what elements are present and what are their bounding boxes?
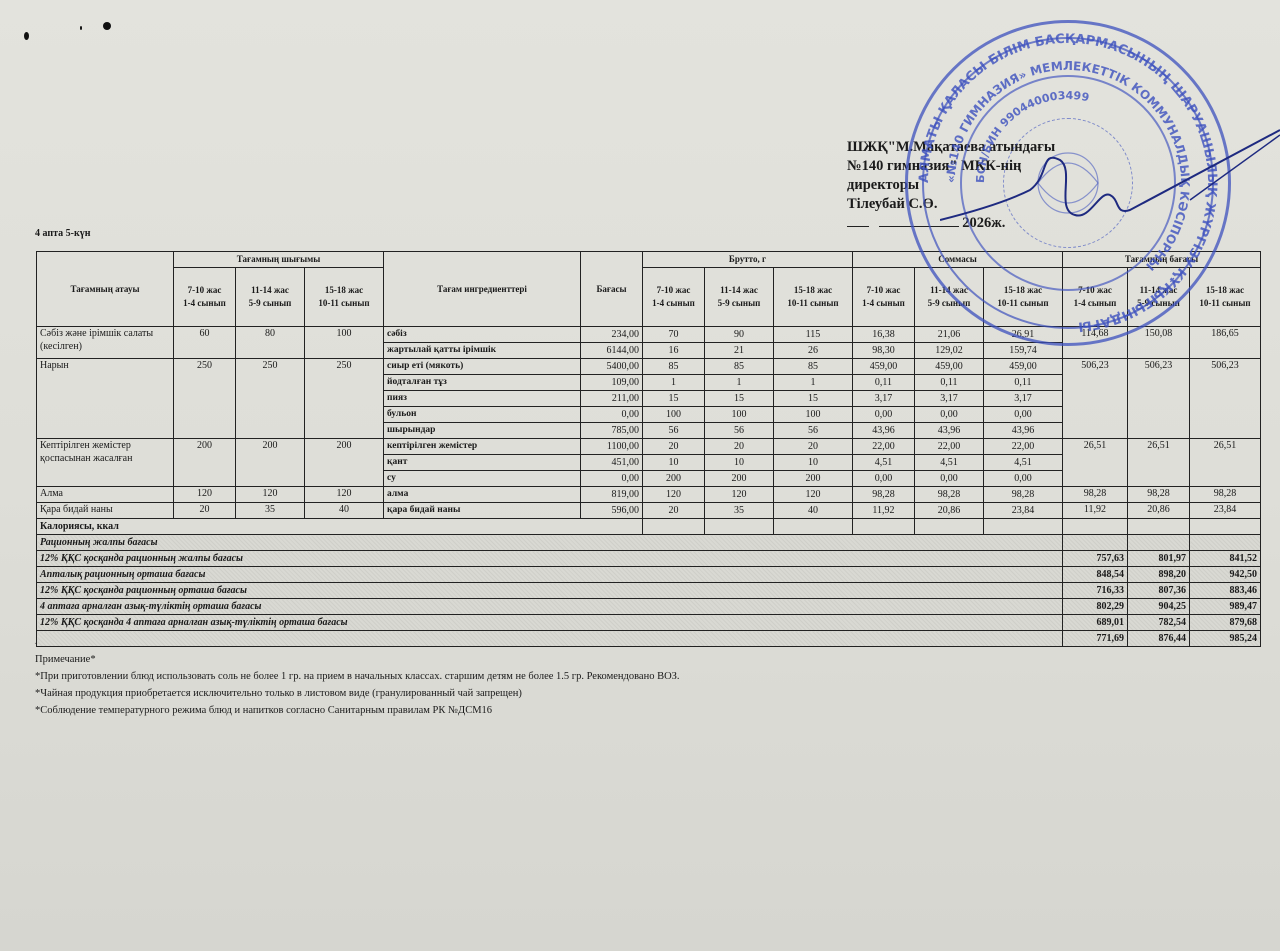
ingredient-brutto: 1 [774,375,853,391]
ingredient-brutto: 115 [774,327,853,343]
ingredient-brutto: 40 [774,503,853,519]
ingredient-name: сәбіз [384,327,581,343]
approval-line-3: директоры [847,176,1055,195]
summary-value: 904,25 [1128,599,1190,615]
ingredient-brutto: 56 [774,423,853,439]
summary-label: Апталық рационның орташа бағасы [37,567,1063,583]
ingredient-sum: 43,96 [853,423,915,439]
ingredient-sum: 3,17 [853,391,915,407]
dish-price: 26,51 [1190,439,1261,487]
ingredient-price: 596,00 [581,503,643,519]
ink-dot [80,26,82,30]
approval-date: 2026ж. [962,215,1005,231]
dish-yield: 120 [305,487,384,503]
calories-value [1128,519,1190,535]
ingredient-brutto: 85 [774,359,853,375]
summary-value: 716,33 [1063,583,1128,599]
table-row: Қара бидай наны203540қара бидай наны596,… [37,503,1261,519]
ingredient-brutto: 90 [705,327,774,343]
summary-label: 4 аптаға арналған азық-түліктің орташа б… [37,599,1063,615]
summary-label: 12% ҚҚС қосқанда 4 аптаға арналған азық-… [37,615,1063,631]
ingredient-brutto: 26 [774,343,853,359]
dish-name: Сәбіз және ірімшік салаты (кесілген) [37,327,174,359]
ingredient-brutto: 1 [643,375,705,391]
age-group-header: 7-10 жас1-4 сынып [853,268,915,327]
ingredient-brutto: 20 [643,503,705,519]
summary-value: 985,24 [1190,631,1261,647]
day-label: 4 апта 5-күн [35,228,91,239]
age-group-header: 7-10 жас1-4 сынып [643,268,705,327]
summary-value: 801,97 [1128,551,1190,567]
col-price: Бағасы [581,252,643,327]
calories-label: Калориясы, ккал [37,519,643,535]
ingredient-sum: 22,00 [984,439,1063,455]
ingredient-brutto: 10 [774,455,853,471]
summary-value: 841,52 [1190,551,1261,567]
approval-line-1: ШЖҚ"М.Мақатаева атындағы [847,138,1055,157]
dish-name: Алма [37,487,174,503]
dish-yield: 100 [305,327,384,359]
ingredient-sum: 4,51 [984,455,1063,471]
ingredient-name: қара бидай наны [384,503,581,519]
ingredient-brutto: 1 [705,375,774,391]
ingredient-brutto: 200 [705,471,774,487]
ingredient-sum: 0,00 [915,407,984,423]
age-group-header: 15-18 жас10-11 сынып [984,268,1063,327]
dish-yield: 250 [305,359,384,439]
ingredient-brutto: 16 [643,343,705,359]
dish-price: 23,84 [1190,503,1261,519]
summary-value [1190,535,1261,551]
summary-value: 782,54 [1128,615,1190,631]
ingredient-sum: 98,28 [984,487,1063,503]
summary-value: 879,68 [1190,615,1261,631]
ingredient-sum: 0,11 [915,375,984,391]
dish-yield: 120 [236,487,305,503]
ingredient-sum: 23,84 [984,503,1063,519]
dish-price: 98,28 [1190,487,1261,503]
dish-yield: 250 [236,359,305,439]
ingredient-brutto: 56 [705,423,774,439]
age-group-header: 7-10 жас1-4 сынып [174,268,236,327]
dish-yield: 80 [236,327,305,359]
ingredient-sum: 159,74 [984,343,1063,359]
age-group-header: 7-10 жас1-4 сынып [1063,268,1128,327]
approval-block: ШЖҚ"М.Мақатаева атындағы №140 гимназия" … [847,138,1055,233]
summary-value [1063,535,1128,551]
dish-price: 186,65 [1190,327,1261,359]
dish-price: 26,51 [1128,439,1190,487]
summary-row: 12% ҚҚС қосқанда 4 аптаға арналған азық-… [37,615,1261,631]
ingredient-brutto: 15 [705,391,774,407]
menu-table: Тағамның атауы Тағамның шығымы Тағам инг… [36,251,1261,647]
ingredient-price: 785,00 [581,423,643,439]
document-page: ШЖҚ"М.Мақатаева атындағы №140 гимназия" … [0,0,1280,951]
ingredient-sum: 459,00 [853,359,915,375]
ingredient-sum: 0,00 [984,471,1063,487]
note-item: *При приготовлении блюд использовать сол… [35,668,895,685]
ingredient-sum: 11,92 [853,503,915,519]
dish-yield: 120 [174,487,236,503]
col-sum: Соммасы [853,252,1063,268]
ingredient-brutto: 20 [774,439,853,455]
ingredient-price: 211,00 [581,391,643,407]
dish-price: 98,28 [1128,487,1190,503]
ingredient-sum: 0,00 [853,407,915,423]
age-group-header: 11-14 жас5-9 сынып [705,268,774,327]
dish-name: Кептірілген жемістер қоспасынан жасалған [37,439,174,487]
ingredient-price: 451,00 [581,455,643,471]
summary-value: 689,01 [1063,615,1128,631]
table-row: Кептірілген жемістер қоспасынан жасалған… [37,439,1261,455]
summary-row: Апталық рационның орташа бағасы848,54898… [37,567,1261,583]
summary-value: 807,36 [1128,583,1190,599]
ingredient-sum: 0,00 [984,407,1063,423]
dish-price: 506,23 [1063,359,1128,439]
ingredient-sum: 3,17 [984,391,1063,407]
table-row: Сәбіз және ірімшік салаты (кесілген)6080… [37,327,1261,343]
summary-value: 848,54 [1063,567,1128,583]
summary-value: 771,69 [1063,631,1128,647]
col-dish-name: Тағамның атауы [37,252,174,327]
dish-price: 98,28 [1063,487,1128,503]
ingredient-price: 234,00 [581,327,643,343]
summary-label [37,631,1063,647]
dish-price: 506,23 [1190,359,1261,439]
summary-row: 771,69876,44985,24 [37,631,1261,647]
ingredient-sum: 98,28 [853,487,915,503]
ingredient-brutto: 35 [705,503,774,519]
table-row: Алма120120120алма819,0012012012098,2898,… [37,487,1261,503]
ingredient-price: 109,00 [581,375,643,391]
col-yield: Тағамның шығымы [174,252,384,268]
summary-value: 989,47 [1190,599,1261,615]
calories-row: Калориясы, ккал [37,519,1261,535]
ingredient-name: қант [384,455,581,471]
dish-name: Нарын [37,359,174,439]
calories-value [774,519,853,535]
summary-row: 4 аптаға арналған азық-түліктің орташа б… [37,599,1261,615]
dish-price: 20,86 [1128,503,1190,519]
dish-price: 150,08 [1128,327,1190,359]
summary-value: 942,50 [1190,567,1261,583]
dish-name: Қара бидай наны [37,503,174,519]
dish-yield: 250 [174,359,236,439]
calories-value [1063,519,1128,535]
ingredient-brutto: 100 [774,407,853,423]
dish-price: 26,51 [1063,439,1128,487]
calories-value [643,519,705,535]
summary-row: 12% ҚҚС қосқанда рационның орташа бағасы… [37,583,1261,599]
summary-label: Рационның жалпы бағасы [37,535,1063,551]
ingredient-brutto: 10 [705,455,774,471]
ingredient-price: 0,00 [581,407,643,423]
summary-value: 883,46 [1190,583,1261,599]
ingredient-sum: 98,28 [915,487,984,503]
ingredient-name: кептірілген жемістер [384,439,581,455]
dish-price: 11,92 [1063,503,1128,519]
ingredient-brutto: 120 [643,487,705,503]
summary-value: 802,29 [1063,599,1128,615]
ingredient-sum: 3,17 [915,391,984,407]
ingredient-sum: 0,11 [853,375,915,391]
ingredient-sum: 4,51 [915,455,984,471]
ingredient-sum: 0,11 [984,375,1063,391]
age-group-header: 15-18 жас10-11 сынып [305,268,384,327]
ingredient-sum: 20,86 [915,503,984,519]
note-item: *Чайная продукция приобретается исключит… [35,685,895,702]
ingredient-name: шырындар [384,423,581,439]
ingredient-sum: 26,91 [984,327,1063,343]
ingredient-sum: 22,00 [915,439,984,455]
table-row: Нарын250250250сиыр еті (мякоть)5400,0085… [37,359,1261,375]
ingredient-brutto: 20 [643,439,705,455]
age-group-header: 15-18 жас10-11 сынып [1190,268,1261,327]
ink-dot [24,32,29,40]
ingredient-price: 5400,00 [581,359,643,375]
ink-dot [103,22,111,30]
ingredient-name: алма [384,487,581,503]
summary-label: 12% ҚҚС қосқанда рационның жалпы бағасы [37,551,1063,567]
ingredient-name: су [384,471,581,487]
summary-value: 757,63 [1063,551,1128,567]
calories-value [984,519,1063,535]
summary-label: 12% ҚҚС қосқанда рационның орташа бағасы [37,583,1063,599]
calories-value [1190,519,1261,535]
dish-yield: 200 [305,439,384,487]
note-item: *Соблюдение температурного режима блюд и… [35,702,895,719]
summary-value: 898,20 [1128,567,1190,583]
ingredient-name: пияз [384,391,581,407]
ingredient-name: йодталған тұз [384,375,581,391]
dish-yield: 20 [174,503,236,519]
dish-price: 114,68 [1063,327,1128,359]
ingredient-brutto: 120 [705,487,774,503]
approval-signer: Тілеубай С.Ө. [847,195,1055,214]
ingredient-sum: 0,00 [853,471,915,487]
dish-yield: 200 [236,439,305,487]
ingredient-brutto: 56 [643,423,705,439]
ingredient-name: жартылай қатты ірімшік [384,343,581,359]
calories-value [915,519,984,535]
ingredient-sum: 43,96 [915,423,984,439]
age-group-header: 11-14 жас5-9 сынып [915,268,984,327]
summary-value: 876,44 [1128,631,1190,647]
ingredient-sum: 21,06 [915,327,984,343]
col-brutto: Брутто, г [643,252,853,268]
ingredient-price: 0,00 [581,471,643,487]
ingredient-sum: 0,00 [915,471,984,487]
ingredient-price: 6144,00 [581,343,643,359]
ingredient-price: 1100,00 [581,439,643,455]
dish-yield: 35 [236,503,305,519]
ingredient-brutto: 21 [705,343,774,359]
ingredient-sum: 22,00 [853,439,915,455]
approval-date-line: 2026ж. [847,214,1055,233]
ingredient-brutto: 85 [705,359,774,375]
age-group-header: 15-18 жас10-11 сынып [774,268,853,327]
dish-yield: 60 [174,327,236,359]
ingredient-sum: 459,00 [915,359,984,375]
ingredient-name: бульон [384,407,581,423]
calories-value [705,519,774,535]
ingredient-brutto: 100 [643,407,705,423]
ingredient-brutto: 20 [705,439,774,455]
ingredient-brutto: 15 [643,391,705,407]
ingredient-sum: 16,38 [853,327,915,343]
ingredient-brutto: 10 [643,455,705,471]
ingredient-brutto: 120 [774,487,853,503]
ingredient-price: 819,00 [581,487,643,503]
col-dish-price: Тағамның бағасы [1063,252,1261,268]
calories-value [853,519,915,535]
summary-row: Рационның жалпы бағасы [37,535,1261,551]
ingredient-brutto: 200 [774,471,853,487]
approval-line-2: №140 гимназия" МКК-нің [847,157,1055,176]
age-group-header: 11-14 жас5-9 сынып [236,268,305,327]
ingredient-sum: 98,30 [853,343,915,359]
dish-yield: 40 [305,503,384,519]
col-ingredients: Тағам ингредиенттері [384,252,581,327]
ingredient-brutto: 15 [774,391,853,407]
ingredient-brutto: 70 [643,327,705,343]
ingredient-name: сиыр еті (мякоть) [384,359,581,375]
summary-row: 12% ҚҚС қосқанда рационның жалпы бағасы7… [37,551,1261,567]
summary-value [1128,535,1190,551]
ingredient-brutto: 200 [643,471,705,487]
dish-price: 506,23 [1128,359,1190,439]
ingredient-brutto: 85 [643,359,705,375]
ingredient-sum: 4,51 [853,455,915,471]
age-group-header: 11-14 жас5-9 сынып [1128,268,1190,327]
dish-yield: 200 [174,439,236,487]
ingredient-sum: 459,00 [984,359,1063,375]
ingredient-sum: 43,96 [984,423,1063,439]
notes-title: Примечание* [35,651,895,668]
ingredient-brutto: 100 [705,407,774,423]
ingredient-sum: 129,02 [915,343,984,359]
